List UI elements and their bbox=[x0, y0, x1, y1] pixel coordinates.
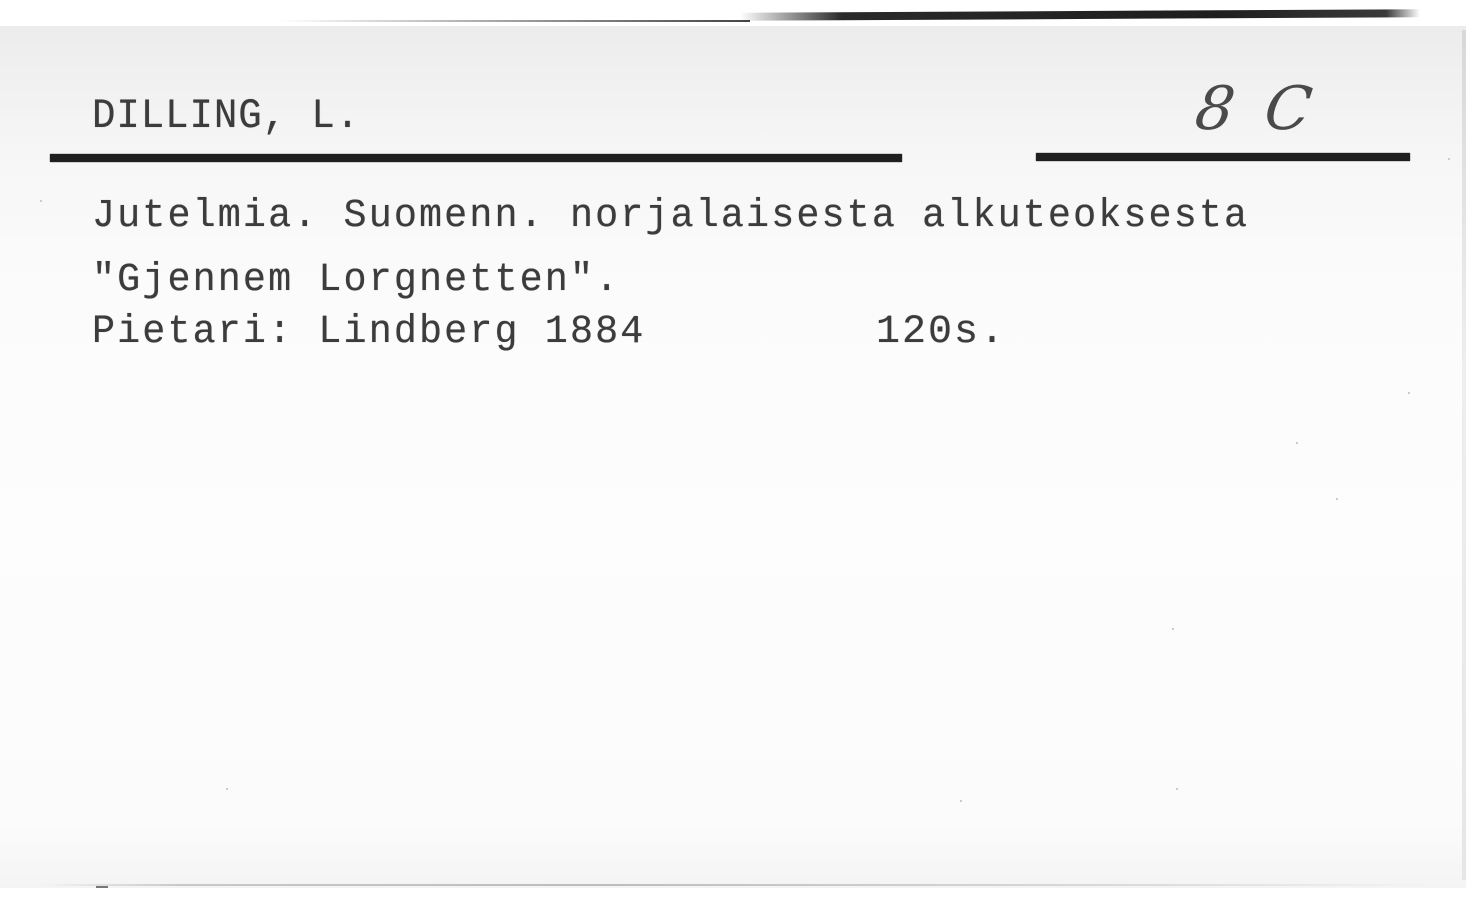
card-bottom-edge bbox=[40, 884, 1440, 886]
heading-underline-left bbox=[50, 154, 902, 162]
page-count: 120s. bbox=[876, 310, 1006, 355]
paper-speck bbox=[1296, 442, 1298, 444]
paper-speck bbox=[226, 788, 228, 790]
heading-underline-right bbox=[1036, 153, 1410, 161]
card-right-edge bbox=[1462, 30, 1466, 880]
scanned-catalog-card: DILLING, L. 8 C Jutelmia. Suomenn. norja… bbox=[0, 0, 1479, 903]
title-line: Jutelmia. Suomenn. norjalaisesta alkuteo… bbox=[92, 194, 1249, 239]
author-heading: DILLING, L. bbox=[92, 92, 360, 140]
paper-speck bbox=[1408, 392, 1410, 394]
paper-speck bbox=[40, 200, 42, 202]
paper-speck bbox=[960, 800, 962, 802]
card-bottom-mark bbox=[96, 886, 108, 888]
scan-edge-shadow-top-right bbox=[740, 9, 1420, 21]
paper-speck bbox=[1172, 628, 1174, 630]
paper-speck bbox=[1176, 788, 1178, 790]
paper-speck bbox=[1336, 498, 1338, 500]
scan-edge-shadow-top bbox=[280, 20, 750, 22]
imprint-line: Pietari: Lindberg 1884 bbox=[92, 310, 645, 355]
paper-speck bbox=[1448, 158, 1450, 160]
handwritten-call-number: 8 C bbox=[1191, 74, 1322, 144]
original-title-line: "Gjennem Lorgnetten". bbox=[92, 258, 620, 303]
